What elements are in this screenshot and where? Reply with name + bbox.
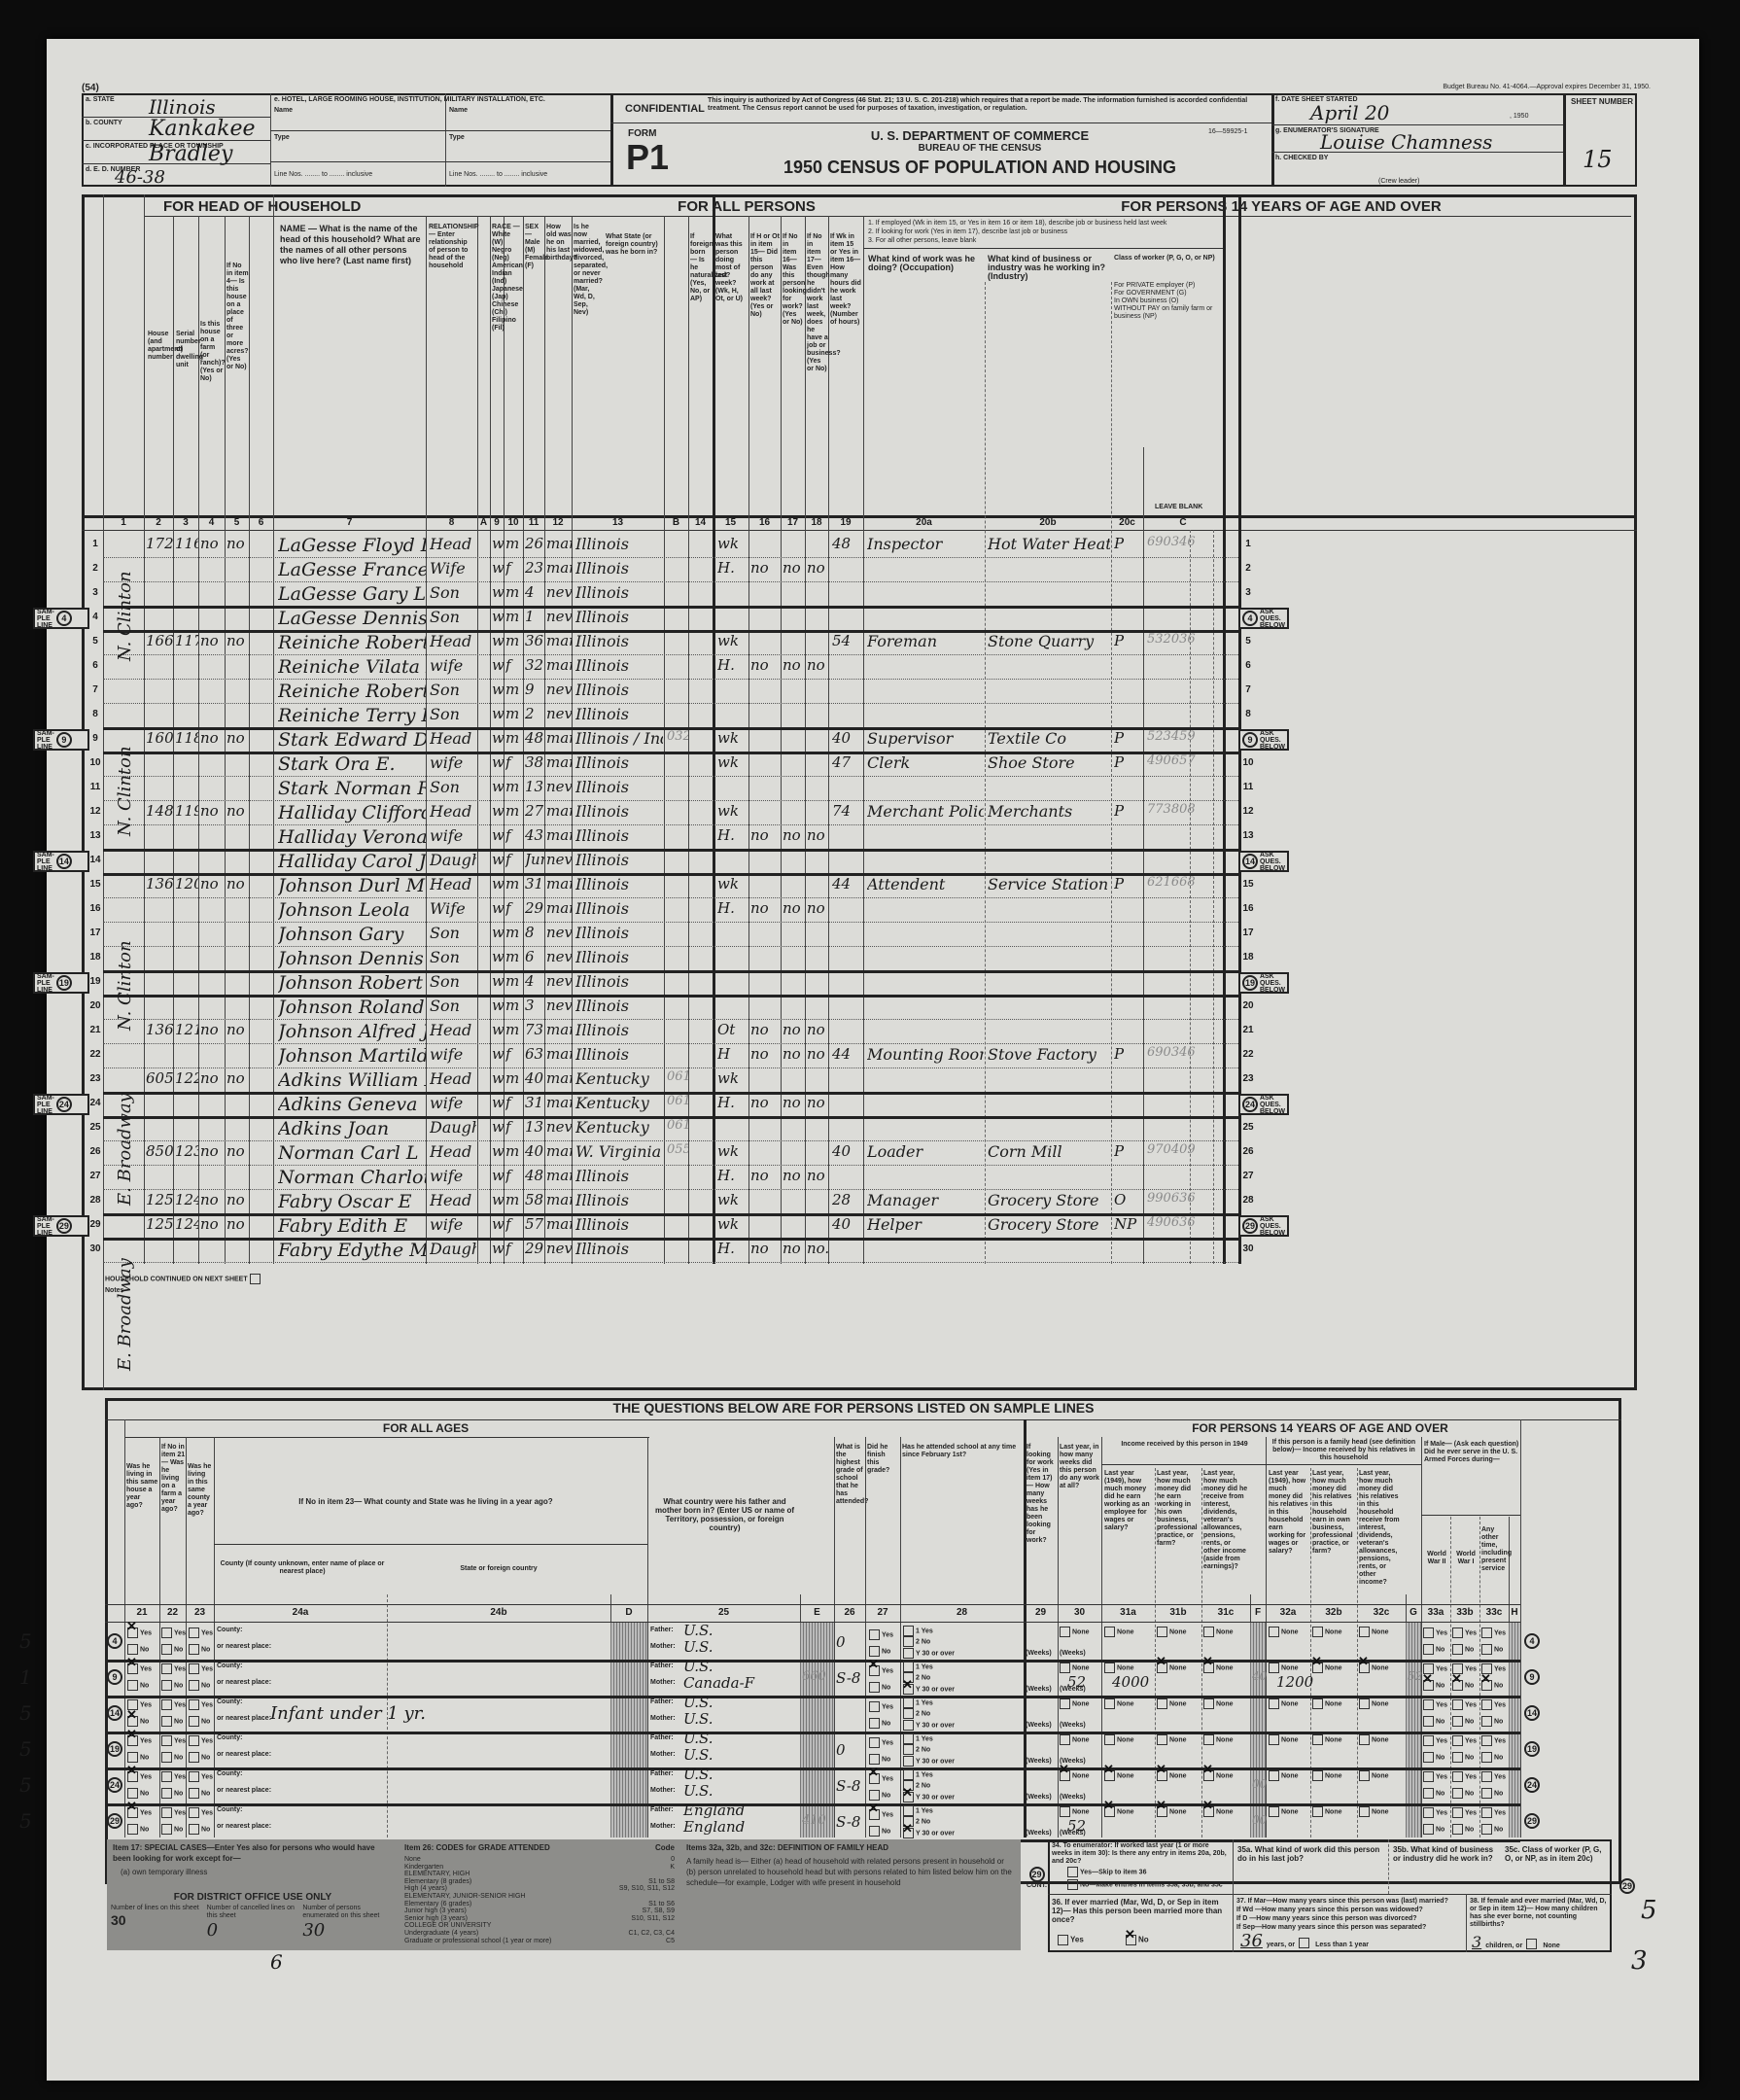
q21-yes-checkbox[interactable] xyxy=(127,1663,138,1674)
q31c-none-checkbox[interactable] xyxy=(1203,1770,1214,1781)
q31a-none[interactable]: None xyxy=(1104,1698,1134,1709)
q31b-none-checkbox[interactable] xyxy=(1157,1662,1167,1673)
q21-yes[interactable]: Yes xyxy=(127,1663,152,1674)
q28-30-over[interactable]: Y 30 or over xyxy=(903,1756,955,1767)
q32a-none-checkbox[interactable] xyxy=(1269,1734,1279,1745)
q33c-yes-checkbox[interactable] xyxy=(1481,1807,1492,1818)
q30-none-checkbox[interactable] xyxy=(1060,1734,1070,1745)
q32b-none[interactable]: None xyxy=(1312,1627,1342,1637)
q28-30-over[interactable]: Y 30 or over xyxy=(903,1648,955,1659)
q22-yes[interactable]: Yes xyxy=(161,1699,186,1710)
q31c-none[interactable]: None xyxy=(1203,1698,1234,1709)
q23-yes-checkbox[interactable] xyxy=(189,1807,199,1818)
q27-no[interactable]: No xyxy=(869,1826,893,1837)
q33b-no-checkbox[interactable] xyxy=(1452,1752,1463,1763)
q33c-yes[interactable]: Yes xyxy=(1481,1699,1506,1710)
q31c-none-checkbox[interactable] xyxy=(1203,1698,1214,1709)
q33b-no-checkbox[interactable] xyxy=(1452,1788,1463,1799)
q32a-none-checkbox[interactable] xyxy=(1269,1627,1279,1637)
q33a-yes-checkbox[interactable] xyxy=(1423,1699,1434,1710)
q32a-none-checkbox[interactable] xyxy=(1269,1806,1279,1817)
q22-no[interactable]: No xyxy=(161,1824,186,1835)
q22-no[interactable]: No xyxy=(161,1680,186,1691)
q32a-none[interactable]: None xyxy=(1269,1806,1299,1817)
q32c-none-checkbox[interactable] xyxy=(1359,1806,1370,1817)
q31b-none-checkbox[interactable] xyxy=(1157,1806,1167,1817)
q28-30-over-checkbox[interactable] xyxy=(903,1684,914,1695)
q21-yes-checkbox[interactable] xyxy=(127,1627,138,1638)
yes-label: Yes xyxy=(140,1737,152,1744)
q28-yes[interactable]: 1 Yes xyxy=(903,1733,955,1744)
grade-codes-panel: Item 26: CODES for GRADE ATTENDED Code N… xyxy=(399,1839,680,1950)
q34-yes[interactable]: Yes—Skip to item 36 xyxy=(1067,1867,1146,1877)
q27-yes-checkbox[interactable] xyxy=(869,1701,880,1712)
q28-yes[interactable]: 1 Yes xyxy=(903,1805,955,1816)
q33c-yes-checkbox[interactable] xyxy=(1481,1771,1492,1782)
q27-yes-checkbox[interactable] xyxy=(869,1629,880,1640)
q33b-yes[interactable]: Yes xyxy=(1452,1627,1477,1638)
q33c-no[interactable]: No xyxy=(1481,1824,1506,1835)
no-label: No xyxy=(201,1826,210,1833)
q22-yes-checkbox[interactable] xyxy=(161,1663,172,1674)
household-continued-checkbox[interactable] xyxy=(250,1274,261,1284)
q31b-none-checkbox[interactable] xyxy=(1157,1698,1167,1709)
q32c-none[interactable]: None xyxy=(1359,1698,1389,1709)
q33a-no-checkbox[interactable] xyxy=(1423,1788,1434,1799)
q36-yes[interactable]: Yes xyxy=(1058,1935,1084,1945)
q23-yes-checkbox[interactable] xyxy=(189,1699,199,1710)
row-age: 57 xyxy=(525,1215,544,1233)
q28-no-checkbox[interactable] xyxy=(903,1744,914,1755)
q33a-no-checkbox[interactable] xyxy=(1423,1680,1434,1691)
q33c-yes[interactable]: Yes xyxy=(1481,1735,1506,1746)
q31b-none-checkbox[interactable] xyxy=(1157,1734,1167,1745)
q28-no[interactable]: 2 No xyxy=(903,1708,955,1719)
q33a-no-checkbox[interactable] xyxy=(1423,1752,1434,1763)
q23-no[interactable]: No xyxy=(189,1680,213,1691)
q23-no[interactable]: No xyxy=(189,1644,213,1655)
q32c-none[interactable]: None xyxy=(1359,1734,1389,1745)
q21-yes[interactable]: Yes xyxy=(127,1735,152,1746)
q33b-no-checkbox[interactable] xyxy=(1452,1824,1463,1835)
q33a-no[interactable]: No xyxy=(1423,1644,1447,1655)
q32b-none-checkbox[interactable] xyxy=(1312,1662,1323,1673)
q23-no-checkbox[interactable] xyxy=(189,1752,199,1763)
q33c-yes[interactable]: Yes xyxy=(1481,1807,1506,1818)
q32c-none[interactable]: None xyxy=(1359,1662,1389,1673)
q31c-none[interactable]: None xyxy=(1203,1734,1234,1745)
q21-yes[interactable]: Yes xyxy=(127,1627,152,1638)
q31b-none[interactable]: None xyxy=(1157,1734,1187,1745)
q21-no[interactable]: No xyxy=(127,1716,152,1727)
q28-yes[interactable]: 1 Yes xyxy=(903,1626,955,1636)
q33b-no-checkbox[interactable] xyxy=(1452,1644,1463,1655)
row-rel: Son xyxy=(430,948,476,966)
q22-yes[interactable]: Yes xyxy=(161,1663,186,1674)
q33a-yes[interactable]: Yes xyxy=(1423,1735,1447,1746)
q27-yes[interactable]: Yes xyxy=(869,1701,893,1712)
q30-none-checkbox[interactable] xyxy=(1060,1627,1070,1637)
q23-no-checkbox[interactable] xyxy=(189,1824,199,1835)
q31c-none[interactable]: None xyxy=(1203,1806,1234,1817)
q32c-none[interactable]: None xyxy=(1359,1770,1389,1781)
q22-yes[interactable]: Yes xyxy=(161,1771,186,1782)
q32a-none[interactable]: None xyxy=(1269,1698,1299,1709)
q33c-yes[interactable]: Yes xyxy=(1481,1627,1506,1638)
q32a-none-checkbox[interactable] xyxy=(1269,1698,1279,1709)
q28-30-over[interactable]: Y 30 or over xyxy=(903,1792,955,1802)
q32c-none-checkbox[interactable] xyxy=(1359,1698,1370,1709)
q27-yes[interactable]: Yes xyxy=(869,1665,893,1676)
q22-yes-checkbox[interactable] xyxy=(161,1699,172,1710)
q21-no[interactable]: No xyxy=(127,1824,152,1835)
q21-no-checkbox[interactable] xyxy=(127,1716,138,1727)
q30-none[interactable]: None xyxy=(1060,1770,1090,1781)
q23-yes[interactable]: Yes xyxy=(189,1627,213,1638)
q32b-none-checkbox[interactable] xyxy=(1312,1806,1323,1817)
q28-yes-checkbox[interactable] xyxy=(903,1805,914,1816)
q23-no[interactable]: No xyxy=(189,1788,213,1799)
q33a-no[interactable]: No xyxy=(1423,1788,1447,1799)
q28-no[interactable]: 2 No xyxy=(903,1636,955,1647)
q22-yes-checkbox[interactable] xyxy=(161,1771,172,1782)
q33b-yes-checkbox[interactable] xyxy=(1452,1699,1463,1710)
q28-30-over[interactable]: Y 30 or over xyxy=(903,1684,955,1695)
q33c-yes-checkbox[interactable] xyxy=(1481,1699,1492,1710)
q21-yes-checkbox[interactable] xyxy=(127,1735,138,1746)
q36-no-checkbox-checked[interactable] xyxy=(1126,1935,1136,1945)
q36-no[interactable]: No xyxy=(1126,1935,1149,1945)
q23-yes[interactable]: Yes xyxy=(189,1699,213,1710)
q28-no-checkbox[interactable] xyxy=(903,1708,914,1719)
q33a-no[interactable]: No xyxy=(1423,1824,1447,1835)
row-serial: 119 xyxy=(175,802,198,820)
q33c-no[interactable]: No xyxy=(1481,1680,1506,1691)
q23-yes[interactable]: Yes xyxy=(189,1771,213,1782)
q31a-none[interactable]: None xyxy=(1104,1627,1134,1637)
q28-no[interactable]: 2 No xyxy=(903,1744,955,1755)
q22-no-checkbox[interactable] xyxy=(161,1788,172,1799)
row-mar: nev xyxy=(546,608,572,625)
q23-yes[interactable]: Yes xyxy=(189,1663,213,1674)
q32c-none[interactable]: None xyxy=(1359,1627,1389,1637)
q32c-none-checkbox[interactable] xyxy=(1359,1770,1370,1781)
q23-yes-checkbox[interactable] xyxy=(189,1771,199,1782)
q31c-none[interactable]: None xyxy=(1203,1662,1234,1673)
q28-30-over-checkbox[interactable] xyxy=(903,1720,914,1731)
q21-no-checkbox[interactable] xyxy=(127,1644,138,1655)
q28-yes-checkbox[interactable] xyxy=(903,1697,914,1708)
q31a-none-checkbox[interactable] xyxy=(1104,1806,1115,1817)
q28-yes-checkbox[interactable] xyxy=(903,1769,914,1780)
q32b-none[interactable]: None xyxy=(1312,1734,1342,1745)
q22-no-checkbox[interactable] xyxy=(161,1716,172,1727)
q28-30-over-checkbox[interactable] xyxy=(903,1792,914,1802)
q33a-no-checkbox[interactable] xyxy=(1423,1824,1434,1835)
q33a-yes-checkbox[interactable] xyxy=(1423,1735,1434,1746)
q33c-no[interactable]: No xyxy=(1481,1644,1506,1655)
q32c-none-checkbox[interactable] xyxy=(1359,1734,1370,1745)
q31c-none-checkbox[interactable] xyxy=(1203,1806,1214,1817)
row-race: w xyxy=(492,535,504,552)
q33c-no-checkbox[interactable] xyxy=(1481,1680,1492,1691)
q33a-yes-checkbox[interactable] xyxy=(1423,1807,1434,1818)
q28-30-over-checkbox[interactable] xyxy=(903,1828,914,1838)
q28-30-over[interactable]: Y 30 or over xyxy=(903,1828,955,1838)
q33b-yes-checkbox[interactable] xyxy=(1452,1807,1463,1818)
q33c-no-checkbox[interactable] xyxy=(1481,1788,1492,1799)
q33c-no[interactable]: No xyxy=(1481,1716,1506,1727)
q33b-no[interactable]: No xyxy=(1452,1752,1477,1763)
q22-no[interactable]: No xyxy=(161,1788,186,1799)
q31a-none-checkbox[interactable] xyxy=(1104,1662,1115,1673)
q22-yes[interactable]: Yes xyxy=(161,1807,186,1818)
q32c-none[interactable]: None xyxy=(1359,1806,1389,1817)
q28-yes-checkbox[interactable] xyxy=(903,1733,914,1744)
q21-no[interactable]: No xyxy=(127,1752,152,1763)
q34-no-checkbox[interactable] xyxy=(1067,1879,1078,1890)
q31a-none-checkbox[interactable] xyxy=(1104,1770,1115,1781)
q33b-yes-checkbox[interactable] xyxy=(1452,1627,1463,1638)
q23-no[interactable]: No xyxy=(189,1752,213,1763)
q21-no[interactable]: No xyxy=(127,1644,152,1655)
q33c-yes[interactable]: Yes xyxy=(1481,1771,1506,1782)
q21-yes-checkbox[interactable] xyxy=(127,1771,138,1782)
q33b-no[interactable]: No xyxy=(1452,1824,1477,1835)
q33b-yes[interactable]: Yes xyxy=(1452,1699,1477,1710)
q23-no[interactable]: No xyxy=(189,1716,213,1727)
q22-no[interactable]: No xyxy=(161,1644,186,1655)
q27-yes-checkbox[interactable] xyxy=(869,1809,880,1820)
q28-30-over[interactable]: Y 30 or over xyxy=(903,1720,955,1731)
q33c-no[interactable]: No xyxy=(1481,1752,1506,1763)
q34-yes-checkbox[interactable] xyxy=(1067,1867,1078,1877)
q22-no-checkbox[interactable] xyxy=(161,1824,172,1835)
q33c-no-checkbox[interactable] xyxy=(1481,1644,1492,1655)
q31a-none-checkbox[interactable] xyxy=(1104,1698,1115,1709)
q23-yes-checkbox[interactable] xyxy=(189,1627,199,1638)
q33a-yes[interactable]: Yes xyxy=(1423,1699,1447,1710)
q32b-none-checkbox[interactable] xyxy=(1312,1698,1323,1709)
q31b-none[interactable]: None xyxy=(1157,1698,1187,1709)
q33b-no[interactable]: No xyxy=(1452,1680,1477,1691)
q33b-no-checkbox[interactable] xyxy=(1452,1716,1463,1727)
q32b-none[interactable]: None xyxy=(1312,1806,1342,1817)
q27-no[interactable]: No xyxy=(869,1790,893,1801)
q31b-none-checkbox[interactable] xyxy=(1157,1627,1167,1637)
q23-yes[interactable]: Yes xyxy=(189,1735,213,1746)
q28-no-checkbox[interactable] xyxy=(903,1636,914,1647)
q31b-none[interactable]: None xyxy=(1157,1627,1187,1637)
q31b-none[interactable]: None xyxy=(1157,1806,1187,1817)
q27-no[interactable]: No xyxy=(869,1754,893,1765)
q33a-no-checkbox[interactable] xyxy=(1423,1716,1434,1727)
q23-yes[interactable]: Yes xyxy=(189,1807,213,1818)
q33b-no[interactable]: No xyxy=(1452,1716,1477,1727)
q33b-no[interactable]: No xyxy=(1452,1644,1477,1655)
q27-yes[interactable]: Yes xyxy=(869,1629,893,1640)
q33c-yes-checkbox[interactable] xyxy=(1481,1735,1492,1746)
q21-yes[interactable]: Yes xyxy=(127,1771,152,1782)
q32a-none-checkbox[interactable] xyxy=(1269,1770,1279,1781)
q22-no-checkbox[interactable] xyxy=(161,1752,172,1763)
q33a-no[interactable]: No xyxy=(1423,1680,1447,1691)
q21-yes[interactable]: Yes xyxy=(127,1807,152,1818)
q23-no-checkbox[interactable] xyxy=(189,1788,199,1799)
q31c-none-checkbox[interactable] xyxy=(1203,1627,1214,1637)
q32a-none[interactable]: None xyxy=(1269,1770,1299,1781)
q21-no[interactable]: No xyxy=(127,1788,152,1799)
q33a-yes[interactable]: Yes xyxy=(1423,1771,1447,1782)
q33a-no[interactable]: No xyxy=(1423,1752,1447,1763)
q33b-yes[interactable]: Yes xyxy=(1452,1807,1477,1818)
q32a-none-checkbox[interactable] xyxy=(1269,1662,1279,1673)
q33a-yes[interactable]: Yes xyxy=(1423,1807,1447,1818)
q36-yes-checkbox[interactable] xyxy=(1058,1935,1068,1945)
q27-yes-checkbox[interactable] xyxy=(869,1665,880,1676)
q33a-no-checkbox[interactable] xyxy=(1423,1644,1434,1655)
q32b-none-checkbox[interactable] xyxy=(1312,1627,1323,1637)
q27-yes[interactable]: Yes xyxy=(869,1809,893,1820)
q22-yes-checkbox[interactable] xyxy=(161,1735,172,1746)
q27-yes-checkbox[interactable] xyxy=(869,1773,880,1784)
q31a-none[interactable]: None xyxy=(1104,1734,1134,1745)
q21-no-checkbox[interactable] xyxy=(127,1788,138,1799)
q31a-none[interactable]: None xyxy=(1104,1662,1134,1673)
row-sex: f xyxy=(505,559,523,577)
q27-yes[interactable]: Yes xyxy=(869,1773,893,1784)
q22-no-checkbox[interactable] xyxy=(161,1680,172,1691)
q31a-none-checkbox[interactable] xyxy=(1104,1627,1115,1637)
q23-yes-checkbox[interactable] xyxy=(189,1735,199,1746)
q28-30-over-checkbox[interactable] xyxy=(903,1648,914,1659)
q28-yes[interactable]: 1 Yes xyxy=(903,1769,955,1780)
q32c-none-checkbox[interactable] xyxy=(1359,1662,1370,1673)
q32a-none[interactable]: None xyxy=(1269,1627,1299,1637)
q27-yes[interactable]: Yes xyxy=(869,1737,893,1748)
q37-less-checkbox[interactable] xyxy=(1299,1938,1309,1948)
q30-none[interactable]: None xyxy=(1060,1698,1090,1709)
q32a-none[interactable]: None xyxy=(1269,1734,1299,1745)
q27-no-checkbox[interactable] xyxy=(869,1682,880,1693)
q38-none-checkbox[interactable] xyxy=(1526,1939,1537,1949)
q31a-none[interactable]: None xyxy=(1104,1806,1134,1817)
q31a-none-checkbox[interactable] xyxy=(1104,1734,1115,1745)
q30-none[interactable]: None xyxy=(1060,1806,1090,1817)
q27-no[interactable]: No xyxy=(869,1718,893,1729)
q23-no-checkbox[interactable] xyxy=(189,1644,199,1655)
q28-yes-checkbox[interactable] xyxy=(903,1662,914,1672)
q31b-none-checkbox[interactable] xyxy=(1157,1770,1167,1781)
q32b-none[interactable]: None xyxy=(1312,1770,1342,1781)
q33b-yes[interactable]: Yes xyxy=(1452,1735,1477,1746)
q21-no-checkbox[interactable] xyxy=(127,1680,138,1691)
q27-no[interactable]: No xyxy=(869,1646,893,1657)
q31b-none[interactable]: None xyxy=(1157,1662,1187,1673)
q28-yes-checkbox[interactable] xyxy=(903,1626,914,1636)
q31a-none[interactable]: None xyxy=(1104,1770,1134,1781)
row-name: Johnson Robert xyxy=(278,972,426,994)
q21-no[interactable]: No xyxy=(127,1680,152,1691)
q30-none[interactable]: None xyxy=(1060,1734,1090,1745)
q23-no-checkbox[interactable] xyxy=(189,1680,199,1691)
q22-no[interactable]: No xyxy=(161,1752,186,1763)
q27-no-checkbox[interactable] xyxy=(869,1646,880,1657)
q33c-no-checkbox[interactable] xyxy=(1481,1716,1492,1727)
q22-no-checkbox[interactable] xyxy=(161,1644,172,1655)
q30-none-checkbox[interactable] xyxy=(1060,1806,1070,1817)
row-age: 29 xyxy=(525,1240,544,1257)
q33b-yes[interactable]: Yes xyxy=(1452,1771,1477,1782)
q28-yes[interactable]: 1 Yes xyxy=(903,1662,955,1672)
q27-yes-checkbox[interactable] xyxy=(869,1737,880,1748)
q22-yes-checkbox[interactable] xyxy=(161,1627,172,1638)
q21-yes-checkbox[interactable] xyxy=(127,1807,138,1818)
q32b-none[interactable]: None xyxy=(1312,1698,1342,1709)
q33c-yes-checkbox[interactable] xyxy=(1481,1627,1492,1638)
q33a-yes-checkbox[interactable] xyxy=(1423,1771,1434,1782)
q32b-none[interactable]: None xyxy=(1312,1662,1342,1673)
q32b-none-checkbox[interactable] xyxy=(1312,1770,1323,1781)
q27-no-checkbox[interactable] xyxy=(869,1790,880,1801)
q31c-none[interactable]: None xyxy=(1203,1770,1234,1781)
line-number-right: 16 xyxy=(1240,903,1256,914)
q33a-yes-checkbox[interactable] xyxy=(1423,1627,1434,1638)
q30-none-checkbox[interactable] xyxy=(1060,1662,1070,1673)
q27-no-checkbox[interactable] xyxy=(869,1718,880,1729)
q23-no-checkbox[interactable] xyxy=(189,1716,199,1727)
nearest-place-label: or nearest place: xyxy=(217,1715,271,1723)
q22-yes-checkbox[interactable] xyxy=(161,1807,172,1818)
q31c-none-checkbox[interactable] xyxy=(1203,1662,1214,1673)
row-mar: mar xyxy=(546,1045,572,1063)
q33b-no-checkbox[interactable] xyxy=(1452,1680,1463,1691)
q33a-yes[interactable]: Yes xyxy=(1423,1627,1447,1638)
q21-no-checkbox[interactable] xyxy=(127,1752,138,1763)
q23-no[interactable]: No xyxy=(189,1824,213,1835)
q32c-none-checkbox[interactable] xyxy=(1359,1627,1370,1637)
q27-no-checkbox[interactable] xyxy=(869,1826,880,1837)
q30-none[interactable]: None xyxy=(1060,1627,1090,1637)
q32a-none[interactable]: None xyxy=(1269,1662,1299,1673)
q28-yes[interactable]: 1 Yes xyxy=(903,1697,955,1708)
q33b-yes-checkbox[interactable] xyxy=(1452,1735,1463,1746)
q33c-no[interactable]: No xyxy=(1481,1788,1506,1799)
q31c-none[interactable]: None xyxy=(1203,1627,1234,1637)
q28-30-over-checkbox[interactable] xyxy=(903,1756,914,1767)
q22-yes-no: Yes No xyxy=(161,1699,186,1727)
q33a-no[interactable]: No xyxy=(1423,1716,1447,1727)
q33b-no[interactable]: No xyxy=(1452,1788,1477,1799)
q27-no-checkbox[interactable] xyxy=(869,1754,880,1765)
q22-no[interactable]: No xyxy=(161,1716,186,1727)
q32b-none-checkbox[interactable] xyxy=(1312,1734,1323,1745)
q33b-yes-checkbox[interactable] xyxy=(1452,1771,1463,1782)
q31b-none[interactable]: None xyxy=(1157,1770,1187,1781)
q22-yes[interactable]: Yes xyxy=(161,1627,186,1638)
q22-yes[interactable]: Yes xyxy=(161,1735,186,1746)
q34-no[interactable]: No—Make entries in items 35a, 35b, and 3… xyxy=(1067,1879,1223,1890)
q33c-no-checkbox[interactable] xyxy=(1481,1824,1492,1835)
q30-none-checkbox[interactable] xyxy=(1060,1770,1070,1781)
q33c-no-checkbox[interactable] xyxy=(1481,1752,1492,1763)
q30-none[interactable]: None xyxy=(1060,1662,1090,1673)
q30-none-checkbox[interactable] xyxy=(1060,1698,1070,1709)
q27-no[interactable]: No xyxy=(869,1682,893,1693)
q21-no-checkbox[interactable] xyxy=(127,1824,138,1835)
q31c-none-checkbox[interactable] xyxy=(1203,1734,1214,1745)
q23-yes-checkbox[interactable] xyxy=(189,1663,199,1674)
